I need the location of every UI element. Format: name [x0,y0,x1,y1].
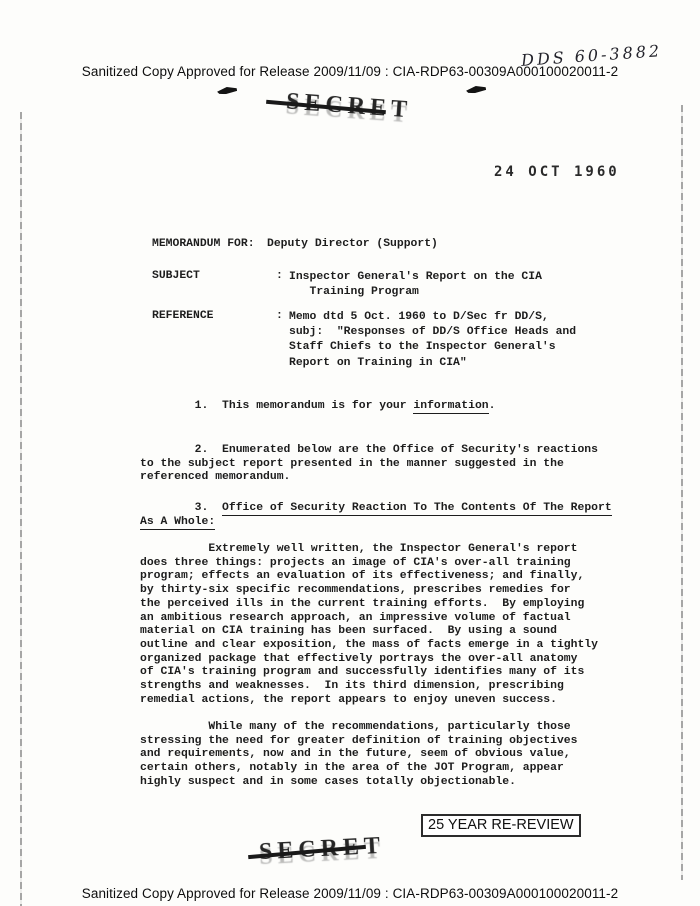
subject-value: Inspector General's Report on the CIA Tr… [289,270,542,300]
stamp-smudge-mark-right [466,85,487,94]
subject-label: SUBJECT [152,270,200,284]
section-3-number: 3. [140,502,222,514]
paragraph-4: Extremely well written, the Inspector Ge… [140,543,598,707]
reference-colon: : [276,310,283,324]
section-3-heading: 3. Office of Security Reaction To The Co… [140,501,612,529]
paragraph-2: 2. Enumerated below are the Office of Se… [140,444,598,485]
paragraph-1: 1. This memorandum is for your informati… [140,400,495,414]
sanitized-release-header: Sanitized Copy Approved for Release 2009… [0,64,700,79]
sanitized-release-footer: Sanitized Copy Approved for Release 2009… [0,886,700,901]
memorandum-for-label: MEMORANDUM FOR: [152,238,255,252]
stamp-smudge-mark-left [217,86,238,95]
scan-edge-line-right [681,105,683,880]
scanned-memo-page: DDS 60-3882 Sanitized Copy Approved for … [0,0,700,906]
section-3-heading-line2: As A Whole: [140,516,215,530]
memorandum-for-value: Deputy Director (Support) [267,238,438,252]
paragraph-1-underlined-word: information [413,400,488,414]
section-3-heading-line1: Office of Security Reaction To The Conte… [222,502,612,516]
scan-edge-line-left [20,112,22,906]
paragraph-5: While many of the recommendations, parti… [140,721,577,790]
paragraph-1-suffix: . [489,400,496,412]
paragraph-1-prefix: 1. This memorandum is for your [140,400,413,412]
subject-colon: : [276,270,283,284]
re-review-badge: 25 YEAR RE-REVIEW [421,814,581,837]
reference-label: REFERENCE [152,310,214,324]
date-stamp: 24 OCT 1960 [494,164,620,180]
reference-value: Memo dtd 5 Oct. 1960 to D/Sec fr DD/S, s… [289,310,576,371]
